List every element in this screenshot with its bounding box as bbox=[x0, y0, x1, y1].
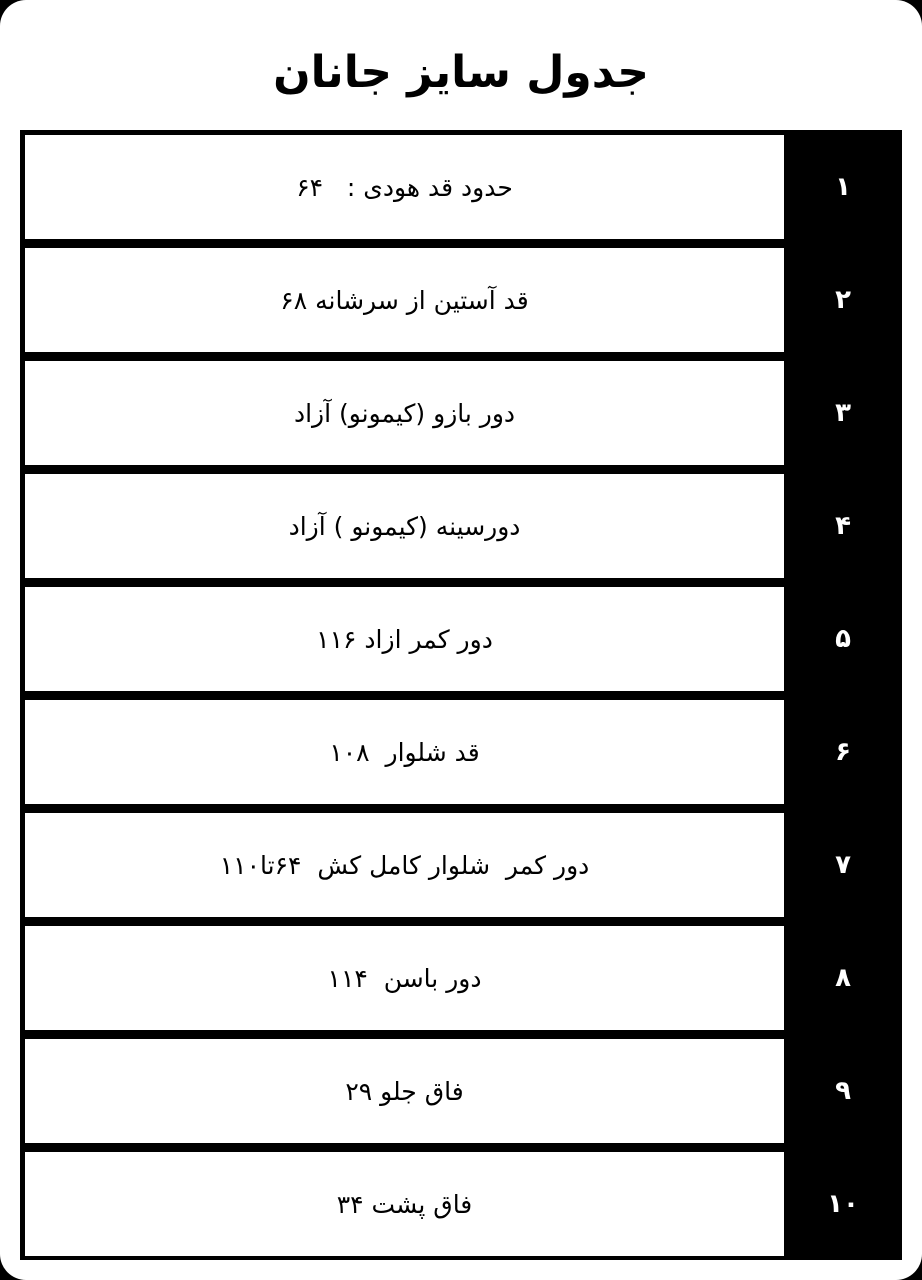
measurement-cell: قد شلوار ۱۰۸ bbox=[25, 700, 784, 804]
measurement-cell: دور باسن ۱۱۴ bbox=[25, 926, 784, 1030]
measurement-cell: دور کمر شلوار کامل کش ۶۴تا۱۱۰ bbox=[25, 813, 784, 917]
table-row: قد شلوار ۱۰۸ ۶ bbox=[20, 695, 902, 808]
measurement-cell: دور بازو (کیمونو) آزاد bbox=[25, 361, 784, 465]
row-number: ۲ bbox=[784, 243, 902, 356]
row-number: ۴ bbox=[784, 469, 902, 582]
table-row: دور کمر شلوار کامل کش ۶۴تا۱۱۰ ۷ bbox=[20, 808, 902, 921]
measurement-cell: دورسینه (کیمونو ) آزاد bbox=[25, 474, 784, 578]
row-number: ۸ bbox=[784, 921, 902, 1034]
page-title: جدول سایز جانان bbox=[0, 38, 922, 108]
row-number: ۶ bbox=[784, 695, 902, 808]
page-card: جدول سایز جانان حدود قد هودی : ۶۴ ۱ قد آ… bbox=[0, 0, 922, 1280]
table-row: دورسینه (کیمونو ) آزاد ۴ bbox=[20, 469, 902, 582]
table-row: دور بازو (کیمونو) آزاد ۳ bbox=[20, 356, 902, 469]
row-number: ۱ bbox=[784, 130, 902, 243]
table-row: حدود قد هودی : ۶۴ ۱ bbox=[20, 130, 902, 243]
table-row: فاق جلو ۲۹ ۹ bbox=[20, 1034, 902, 1147]
measurement-cell: حدود قد هودی : ۶۴ bbox=[25, 135, 784, 239]
row-number: ۱۰ bbox=[784, 1147, 902, 1260]
measurement-cell: فاق پشت ۳۴ bbox=[25, 1152, 784, 1256]
table-row: دور باسن ۱۱۴ ۸ bbox=[20, 921, 902, 1034]
row-number: ۷ bbox=[784, 808, 902, 921]
measurement-cell: قد آستین از سرشانه ۶۸ bbox=[25, 248, 784, 352]
table-row: فاق پشت ۳۴ ۱۰ bbox=[20, 1147, 902, 1260]
row-number: ۹ bbox=[784, 1034, 902, 1147]
row-number: ۳ bbox=[784, 356, 902, 469]
table-row: قد آستین از سرشانه ۶۸ ۲ bbox=[20, 243, 902, 356]
measurement-cell: فاق جلو ۲۹ bbox=[25, 1039, 784, 1143]
size-table: حدود قد هودی : ۶۴ ۱ قد آستین از سرشانه ۶… bbox=[20, 130, 902, 1260]
table-row: دور کمر ازاد ۱۱۶ ۵ bbox=[20, 582, 902, 695]
row-number: ۵ bbox=[784, 582, 902, 695]
measurement-cell: دور کمر ازاد ۱۱۶ bbox=[25, 587, 784, 691]
